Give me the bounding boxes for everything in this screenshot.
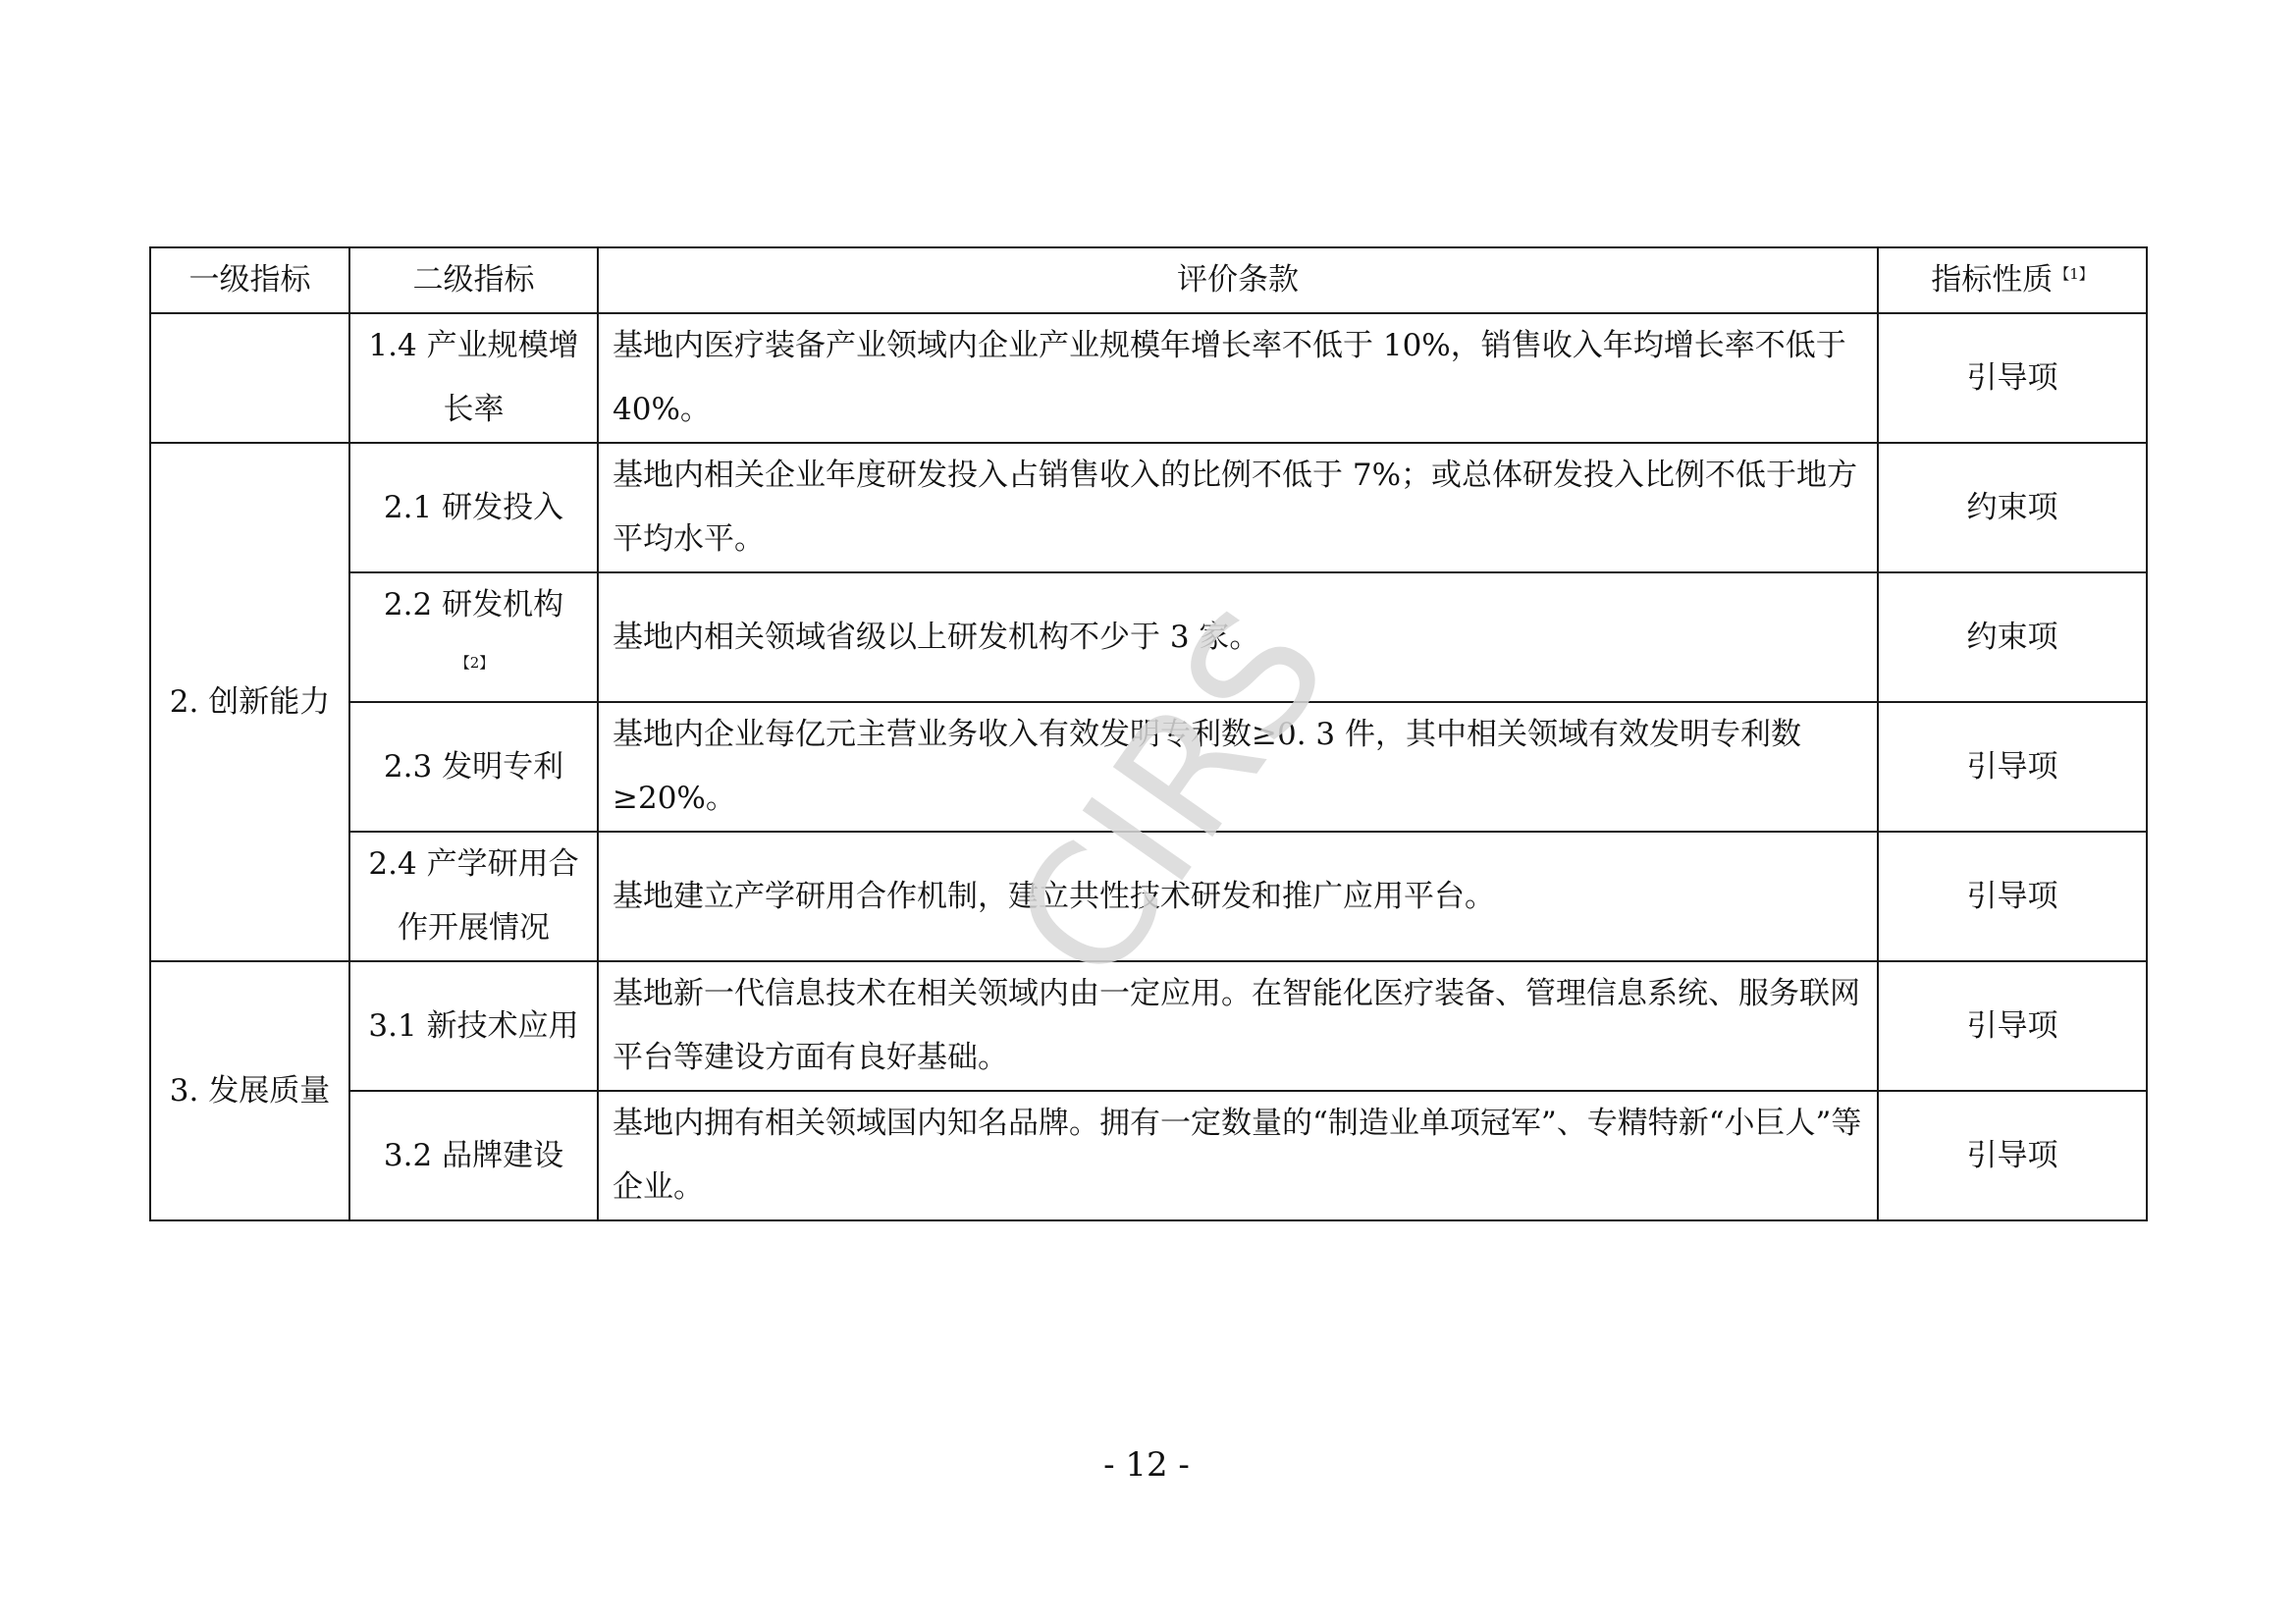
nature-cell: 约束项 [1878,443,2147,572]
level2-cell: 2.4 产学研用合作开展情况 [349,832,598,961]
nature-cell: 引导项 [1878,313,2147,443]
level2-cell: 1.4 产业规模增长率 [349,313,598,443]
criteria-cell: 基地内医疗装备产业领域内企业产业规模年增长率不低于 10%，销售收入年均增长率不… [598,313,1878,443]
level1-cell-innovation: 2. 创新能力 [150,443,349,961]
table-row: 3.2 品牌建设 基地内拥有相关领域国内知名品牌。拥有一定数量的“制造业单项冠军… [150,1091,2147,1220]
level2-cell: 3.1 新技术应用 [349,961,598,1091]
level2-cell: 3.2 品牌建设 [349,1091,598,1220]
page-number: - 12 - [1048,1443,1245,1487]
level1-cell-quality: 3. 发展质量 [150,961,349,1220]
criteria-cell: 基地内企业每亿元主营业务收入有效发明专利数≥0. 3 件，其中相关领域有效发明专… [598,702,1878,832]
nature-cell: 引导项 [1878,1091,2147,1220]
header-level2: 二级指标 [349,247,598,313]
table-row: 2.2 研发机构【2】 基地内相关领域省级以上研发机构不少于 3 家。 约束项 [150,572,2147,702]
header-nature-label: 指标性质 [1931,262,2053,298]
level2-cell: 2.3 发明专利 [349,702,598,832]
header-nature: 指标性质【1】 [1878,247,2147,313]
level1-cell-empty [150,313,349,443]
table-row: 1.4 产业规模增长率 基地内医疗装备产业领域内企业产业规模年增长率不低于 10… [150,313,2147,443]
table-header-row: 一级指标 二级指标 评价条款 指标性质【1】 [150,247,2147,313]
level2-cell: 2.1 研发投入 [349,443,598,572]
criteria-cell: 基地内相关企业年度研发投入占销售收入的比例不低于 7%；或总体研发投入比例不低于… [598,443,1878,572]
table-row: 3. 发展质量 3.1 新技术应用 基地新一代信息技术在相关领域内由一定应用。在… [150,961,2147,1091]
nature-cell: 约束项 [1878,572,2147,702]
table-row: 2. 创新能力 2.1 研发投入 基地内相关企业年度研发投入占销售收入的比例不低… [150,443,2147,572]
table-row: 2.4 产学研用合作开展情况 基地建立产学研用合作机制，建立共性技术研发和推广应… [150,832,2147,961]
footnote-marker-2: 【2】 [455,654,495,672]
header-criteria: 评价条款 [598,247,1878,313]
level2-label: 2.2 研发机构 [384,587,563,623]
criteria-cell: 基地内相关领域省级以上研发机构不少于 3 家。 [598,572,1878,702]
nature-cell: 引导项 [1878,702,2147,832]
indicator-table: 一级指标 二级指标 评价条款 指标性质【1】 1.4 产业规模增长率 基地内医疗… [149,246,2148,1221]
footnote-marker-1: 【1】 [2055,265,2094,283]
level2-cell: 2.2 研发机构【2】 [349,572,598,702]
criteria-cell: 基地新一代信息技术在相关领域内由一定应用。在智能化医疗装备、管理信息系统、服务联… [598,961,1878,1091]
nature-cell: 引导项 [1878,961,2147,1091]
criteria-cell: 基地内拥有相关领域国内知名品牌。拥有一定数量的“制造业单项冠军”、专精特新“小巨… [598,1091,1878,1220]
document-page: 一级指标 二级指标 评价条款 指标性质【1】 1.4 产业规模增长率 基地内医疗… [0,0,2296,1624]
header-level1: 一级指标 [150,247,349,313]
table-row: 2.3 发明专利 基地内企业每亿元主营业务收入有效发明专利数≥0. 3 件，其中… [150,702,2147,832]
criteria-cell: 基地建立产学研用合作机制，建立共性技术研发和推广应用平台。 [598,832,1878,961]
nature-cell: 引导项 [1878,832,2147,961]
